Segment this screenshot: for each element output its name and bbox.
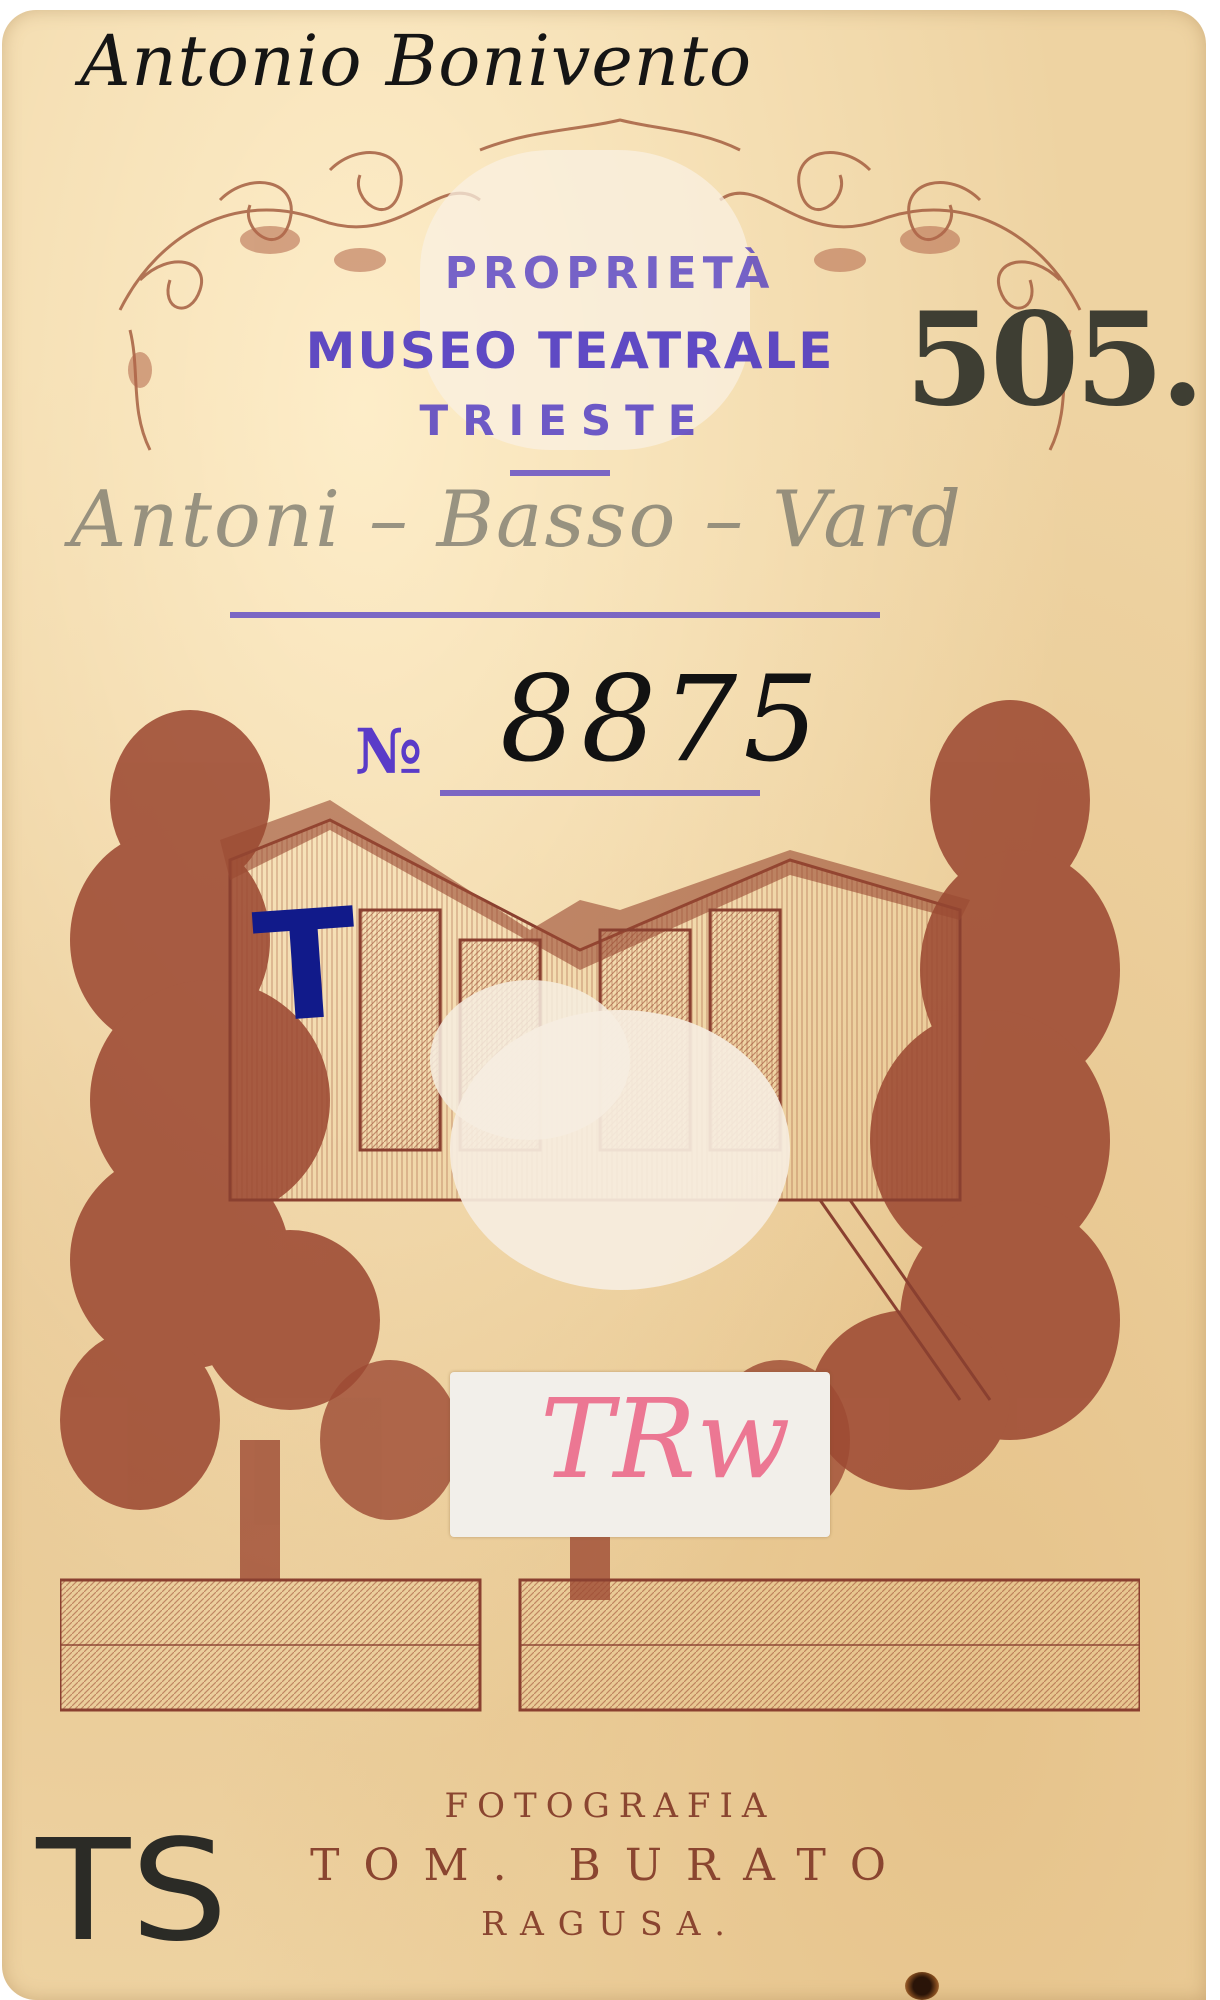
stamp-line-3: TRIESTE bbox=[380, 396, 750, 445]
pink-pencil-mark: TRw bbox=[540, 1375, 790, 1503]
stamp-rule-short bbox=[510, 470, 610, 476]
stamp-rule-number bbox=[440, 790, 760, 796]
handwritten-name: Antonio Bonivento bbox=[80, 20, 752, 102]
pencil-ts-mark: TS bbox=[36, 1810, 228, 1973]
pencil-note: Antoni – Basso – Vard bbox=[70, 475, 963, 565]
stamp-line-2: MUSEO TEATRALE bbox=[290, 322, 850, 380]
stamp-rule-long bbox=[230, 612, 880, 618]
stamp-line-1: PROPRIETÀ bbox=[430, 248, 790, 299]
inventory-number: 505. bbox=[905, 285, 1201, 435]
number-sign: № bbox=[355, 715, 422, 788]
blue-t-mark: T bbox=[249, 877, 363, 1058]
stain-spot bbox=[905, 1972, 939, 2000]
engraving-garden-pavilion bbox=[60, 680, 1140, 1740]
catalog-number: 8875 bbox=[500, 650, 824, 788]
